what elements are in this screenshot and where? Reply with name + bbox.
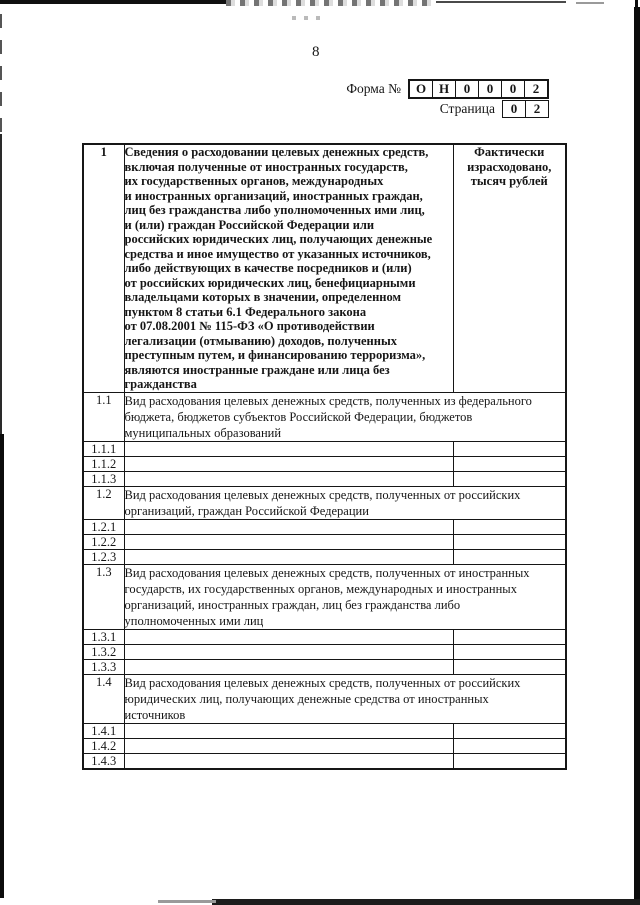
table-row-1-2-1: 1.2.1 (83, 519, 566, 534)
empty-value-cell (453, 519, 566, 534)
form-number-row: Форма № О Н 0 0 0 2 (346, 79, 549, 99)
empty-value-cell (453, 471, 566, 486)
row-description: Вид расходования целевых денежных средст… (124, 486, 566, 519)
empty-description-cell (124, 723, 453, 738)
page-code-cell: 2 (525, 101, 548, 117)
empty-value-cell (453, 738, 566, 753)
empty-value-cell (453, 659, 566, 674)
empty-description-cell (124, 549, 453, 564)
empty-description-cell (124, 456, 453, 471)
table-row-1-1-1: 1.1.1 (83, 441, 566, 456)
column-header-actually-spent: Фактически израсходовано, тысяч рублей (453, 144, 566, 392)
form-code-cell: О (410, 81, 432, 97)
scan-artifact-smudge (292, 16, 328, 20)
empty-value-cell (453, 549, 566, 564)
row-number: 1 (83, 144, 124, 392)
form-number-label: Форма № (346, 81, 401, 97)
empty-value-cell (453, 629, 566, 644)
empty-description-cell (124, 738, 453, 753)
form-code-boxes: О Н 0 0 0 2 (408, 79, 549, 99)
scan-artifact-left-edge-bottom (0, 434, 4, 898)
table-row-1-3: 1.3 Вид расходования целевых денежных ср… (83, 564, 566, 629)
table-row-1-4-1: 1.4.1 (83, 723, 566, 738)
row-number: 1.1 (83, 392, 124, 441)
row-description: Вид расходования целевых денежных средст… (124, 674, 566, 723)
table-row-1-2-3: 1.2.3 (83, 549, 566, 564)
empty-value-cell (453, 753, 566, 769)
row-number: 1.2.3 (83, 549, 124, 564)
empty-value-cell (453, 644, 566, 659)
row-number: 1.3.2 (83, 644, 124, 659)
scan-artifact-right-edge-top (635, 0, 638, 7)
empty-description-cell (124, 471, 453, 486)
table-row-1-4: 1.4 Вид расходования целевых денежных ср… (83, 674, 566, 723)
empty-description-cell (124, 441, 453, 456)
page-code-boxes: 0 2 (502, 100, 549, 118)
table-row-1: 1 Сведения о расходовании целевых денежн… (83, 144, 566, 392)
scan-artifact-top-noise (226, 0, 436, 6)
row-number: 1.2.1 (83, 519, 124, 534)
table-row-1-3-2: 1.3.2 (83, 644, 566, 659)
empty-description-cell (124, 644, 453, 659)
form-code-cell: Н (432, 81, 455, 97)
row-description: Сведения о расходовании целевых денежных… (124, 144, 453, 392)
table-row-1-3-3: 1.3.3 (83, 659, 566, 674)
scan-artifact-right-edge (634, 7, 640, 905)
row-number: 1.2 (83, 486, 124, 519)
form-code-cell: 0 (478, 81, 501, 97)
scan-artifact-top-bar-tail (576, 2, 604, 4)
table-row-1-4-2: 1.4.2 (83, 738, 566, 753)
scan-artifact-top-bar (0, 0, 226, 4)
scan-artifact-top-bar-right (436, 1, 566, 3)
row-number: 1.4.1 (83, 723, 124, 738)
row-description: Вид расходования целевых денежных средст… (124, 564, 566, 629)
page-code-cell: 0 (503, 101, 525, 117)
spending-report-table: 1 Сведения о расходовании целевых денежн… (82, 143, 567, 770)
table-row-1-1-2: 1.1.2 (83, 456, 566, 471)
scan-artifact-left-edge (0, 134, 2, 434)
page-code-row: Страница 0 2 (440, 100, 549, 118)
table-row-1-1: 1.1 Вид расходования целевых денежных ср… (83, 392, 566, 441)
form-code-cell: 2 (524, 81, 547, 97)
page-code-label: Страница (440, 101, 495, 117)
empty-value-cell (453, 723, 566, 738)
empty-value-cell (453, 456, 566, 471)
empty-description-cell (124, 534, 453, 549)
row-number: 1.4 (83, 674, 124, 723)
table-row-1-2: 1.2 Вид расходования целевых денежных ср… (83, 486, 566, 519)
table-row-1-4-3: 1.4.3 (83, 753, 566, 769)
row-number: 1.1.2 (83, 456, 124, 471)
row-number: 1.1.1 (83, 441, 124, 456)
empty-value-cell (453, 534, 566, 549)
empty-description-cell (124, 753, 453, 769)
row-number: 1.3.1 (83, 629, 124, 644)
empty-description-cell (124, 519, 453, 534)
table-row-1-1-3: 1.1.3 (83, 471, 566, 486)
row-number: 1.4.3 (83, 753, 124, 769)
row-number: 1.2.2 (83, 534, 124, 549)
empty-description-cell (124, 659, 453, 674)
scan-artifact-bottom-bar (212, 899, 640, 905)
row-description: Вид расходования целевых денежных средст… (124, 392, 566, 441)
row-number: 1.4.2 (83, 738, 124, 753)
form-code-cell: 0 (501, 81, 524, 97)
table-row-1-3-1: 1.3.1 (83, 629, 566, 644)
empty-description-cell (124, 629, 453, 644)
page-number: 8 (0, 44, 632, 61)
form-code-cell: 0 (455, 81, 478, 97)
row-number: 1.3.3 (83, 659, 124, 674)
scan-artifact-left-edge-dashes (0, 14, 2, 134)
row-number: 1.3 (83, 564, 124, 629)
scan-artifact-bottom-bar-gray (158, 900, 216, 903)
table-row-1-2-2: 1.2.2 (83, 534, 566, 549)
empty-value-cell (453, 441, 566, 456)
row-number: 1.1.3 (83, 471, 124, 486)
